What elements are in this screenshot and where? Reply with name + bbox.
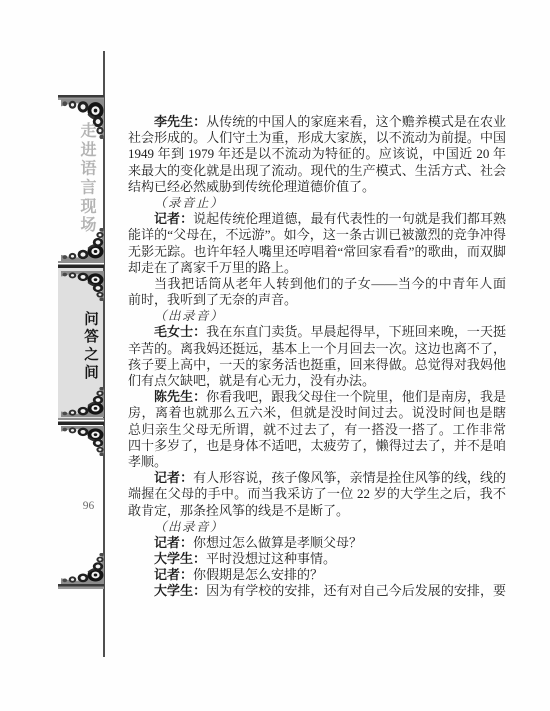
corner-ornament-icon [61, 387, 104, 417]
text-line: 端握在父母的手中。而当我采访了一位 22 岁的大学生之后，我不 [128, 486, 506, 502]
text-line: 辛苦的。离我妈还挺远，基本上一个月回去一次。这边也离不了， [128, 341, 506, 357]
text-line: 1949 年到 1979 年还是以不流动为特征的。应该说，中国近 20 年 [128, 146, 506, 162]
text-line: （出录音） [128, 519, 506, 535]
text-line: 记者：有人形容说，孩子像风筝，亲情是拴住风筝的线，线的终 [128, 470, 506, 486]
text-line: 大学生：平时没想过这种事情。 [128, 551, 506, 567]
text-line: 当我把话筒从老年人转到他们的子女——当今的中青年人面 [128, 276, 506, 292]
text-lines: 李先生：从传统的中国人的家庭来看，这个赡养模式是在农业社会形成的。人们守土为重，… [128, 114, 506, 600]
corner-ornament-icon [61, 553, 104, 584]
text-line: 社会形成的。人们守土为重，形成大家族，以不流动为前提。中国 [128, 130, 506, 146]
corner-ornament-icon [61, 228, 104, 261]
text-line: 却走在了离家千万里的路上。 [128, 260, 506, 276]
text-line: 记者：你想过怎么做算是孝顺父母？ [128, 535, 506, 551]
text-line: 前时，我听到了无奈的声音。 [128, 292, 506, 308]
text-line: （录音止） [128, 195, 506, 211]
text-line: 李先生：从传统的中国人的家庭来看，这个赡养模式是在农业 [128, 114, 506, 130]
text-line: 毛女士：我在东直门卖货。早晨起得早，下班回来晚，一天挺 [128, 324, 506, 340]
text-line: 能详的“父母在，不远游”。如今，这一条古训已被激烈的竞争冲得 [128, 227, 506, 243]
text-line: 结构已经必然威胁到传统伦理道德价值了。 [128, 179, 506, 195]
text-line: 房，离着也就那么五六米，但就是没时间过去。说没时间也是瞎话， [128, 405, 506, 421]
text-line: （出录音） [128, 308, 506, 324]
sidebar-divider-bar [58, 261, 104, 268]
sidebar-divider-bar [58, 418, 104, 425]
section-title-vertical: 问答之间 [80, 311, 101, 383]
book-page: 走进语言现场 问答之间 96 李先生：从传统的中国人的家庭来看，这个赡养模式是在… [0, 0, 550, 711]
corner-ornament-icon [61, 271, 104, 301]
sidebar-bottom-bar [58, 584, 104, 589]
series-title-vertical: 走进语言现场 [75, 122, 98, 235]
page-number: 96 [58, 500, 104, 512]
text-line: 大学生：因为有学校的安排，还有对自己今后发展的安排，要 [128, 583, 506, 599]
main-text: 李先生：从传统的中国人的家庭来看，这个赡养模式是在农业社会形成的。人们守土为重，… [128, 114, 506, 600]
text-line: 来最大的变化就是出现了流动。现代的生产模式、生活方式、社会 [128, 163, 506, 179]
text-line: 孝顺。 [128, 454, 506, 470]
text-line: 总归亲生父母无所谓，就不过去了，有一搭没一搭了。工作非常忙， [128, 422, 506, 438]
text-line: 孩子要上高中，一天的家务活也挺重，回来得做。总觉得对我妈他 [128, 357, 506, 373]
text-line: 们有点欠缺吧，就是有心无力，没有办法。 [128, 373, 506, 389]
text-line: 敢肯定，那条拴风筝的线是不是断了。 [128, 503, 506, 519]
text-line: 记者：你假期是怎么安排的？ [128, 567, 506, 583]
corner-ornament-icon [61, 426, 104, 456]
text-line: 四十多岁了，也是身体不适吧，太疲劳了，懒得过去了，并不是咱不 [128, 438, 506, 454]
text-line: 陈先生：你看我吧，跟我父母住一个院里，他们是南房，我是东 [128, 389, 506, 405]
text-line: 无影无踪。也许年轻人嘴里还哼唱着“常回家看看”的歌曲，而双脚 [128, 244, 506, 260]
text-line: 记者：说起传统伦理道德，最有代表性的一句就是我们都耳熟 [128, 211, 506, 227]
